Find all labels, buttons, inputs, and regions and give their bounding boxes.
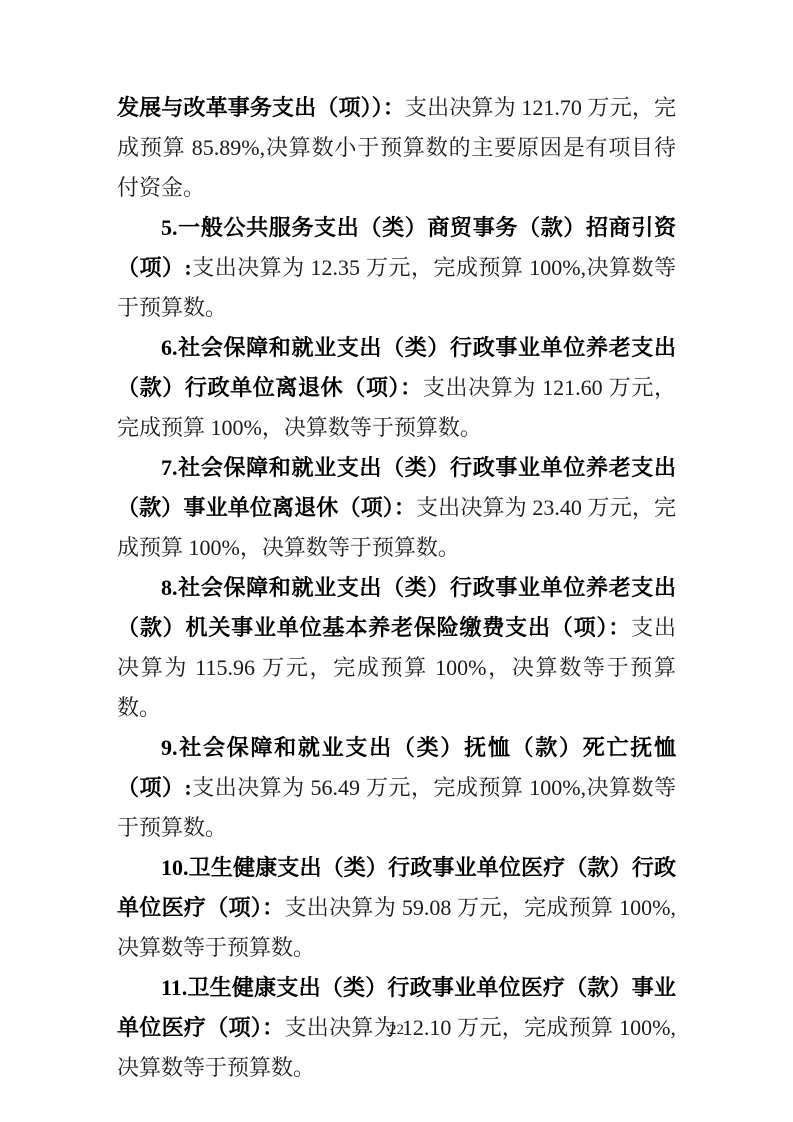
paragraph-item-7: 7.社会保障和就业支出（类）行政事业单位养老支出（款）事业单位离退休（项）：支出… — [117, 448, 676, 568]
paragraph-item-6: 6.社会保障和就业支出（类）行政事业单位养老支出（款）行政单位离退休（项）：支出… — [117, 328, 676, 448]
paragraph-text: 支出决算为 12.35 万元，完成预算 100%,决算数等于预算数。 — [117, 255, 676, 320]
page-number: 22 — [0, 1020, 793, 1040]
paragraph-heading: 发展与改革事务支出（项））： — [117, 95, 405, 120]
paragraph-item-9: 9.社会保障和就业支出（类）抚恤（款）死亡抚恤（项）:支出决算为 56.49 万… — [117, 728, 676, 848]
document-body: 发展与改革事务支出（项））：支出决算为 121.70 万元，完成预算 85.89… — [117, 88, 676, 1088]
paragraph-item-5: 5.一般公共服务支出（类）商贸事务（款）招商引资（项）:支出决算为 12.35 … — [117, 208, 676, 328]
paragraph-development-reform-continuation: 发展与改革事务支出（项））：支出决算为 121.70 万元，完成预算 85.89… — [117, 88, 676, 208]
paragraph-item-10: 10.卫生健康支出（类）行政事业单位医疗（款）行政单位医疗（项）：支出决算为 5… — [117, 848, 676, 968]
paragraph-text: 支出决算为 56.49 万元，完成预算 100%,决算数等于预算数。 — [117, 775, 676, 840]
paragraph-item-8: 8.社会保障和就业支出（类）行政事业单位养老支出（款）机关事业单位基本养老保险缴… — [117, 568, 676, 728]
document-page: 发展与改革事务支出（项））：支出决算为 121.70 万元，完成预算 85.89… — [0, 0, 793, 1122]
paragraph-heading: 8.社会保障和就业支出（类）行政事业单位养老支出（款）机关事业单位基本养老保险缴… — [117, 575, 676, 640]
